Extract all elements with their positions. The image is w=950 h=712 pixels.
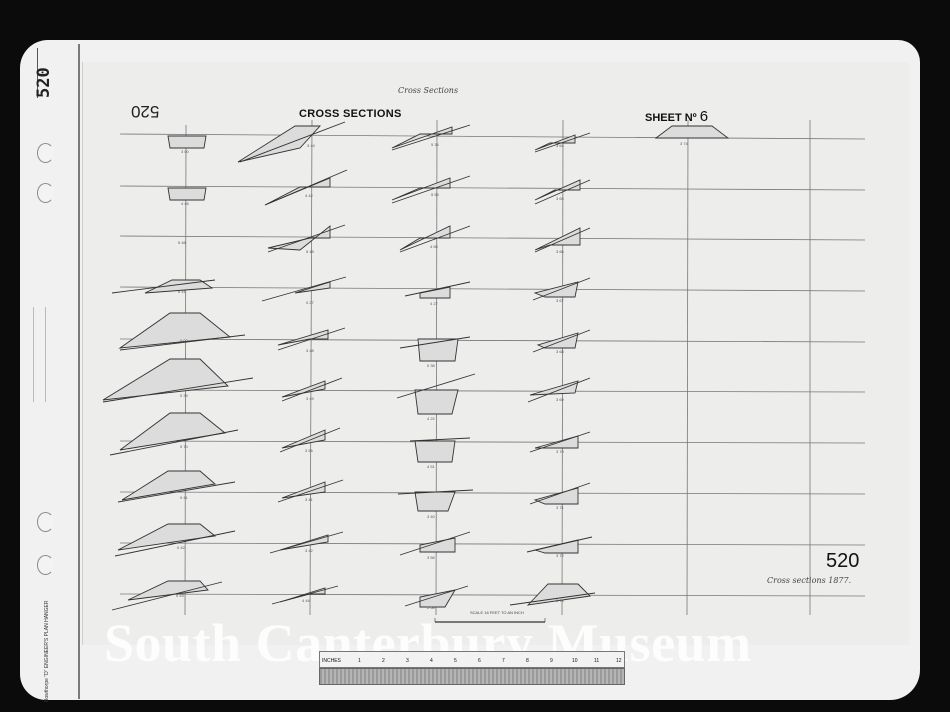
ruler-tick: 11 [594,658,599,664]
svg-text:5 55: 5 55 [431,192,440,197]
svg-text:3 56: 3 56 [427,555,436,560]
ruler-tick: 10 [572,658,578,664]
ruler-base [319,668,625,685]
svg-text:3 70: 3 70 [556,449,565,454]
svg-text:3 49: 3 49 [306,396,315,401]
ruler-tick: 7 [502,658,505,664]
svg-text:0 39: 0 39 [180,393,189,398]
ruler-tick: 8 [526,658,529,664]
svg-text:4 27: 4 27 [430,301,439,306]
svg-text:0 42: 0 42 [177,545,186,550]
mirrored-number: 520 [131,101,159,121]
svg-text:5 48: 5 48 [306,249,315,254]
ruler-tick: 5 [454,658,457,664]
svg-text:3 42: 3 42 [305,548,314,553]
svg-text:3 65: 3 65 [556,196,565,201]
ruler-tick: 1 [358,658,361,664]
svg-text:3 68: 3 68 [556,349,565,354]
svg-text:3 48: 3 48 [306,348,315,353]
svg-text:5 34: 5 34 [431,142,440,147]
measuring-ruler: INCHES 1 2 3 4 5 6 7 8 9 10 11 12 [319,651,625,683]
svg-text:3 73: 3 73 [556,598,565,603]
svg-text:0 27: 0 27 [306,300,315,305]
sheet-label: SHEET Nº [645,112,697,124]
ruler-tick: 12 [616,658,622,664]
svg-text:4 44: 4 44 [302,598,311,603]
sheet-number: SHEET Nº6 [645,108,708,125]
ruler-tick: 3 [406,658,409,664]
svg-text:6 41: 6 41 [178,289,187,294]
ruler-tick: 2 [382,658,385,664]
ruler-tick: 6 [478,658,481,664]
svg-text:0 43: 0 43 [176,593,185,598]
svg-text:3 40: 3 40 [427,514,436,519]
svg-text:3 67: 3 67 [556,298,565,303]
svg-text:0 70: 0 70 [180,444,189,449]
svg-text:0 41: 0 41 [180,495,189,500]
sheet-value: 6 [700,108,708,125]
svg-text:4 46: 4 46 [181,201,190,206]
svg-text:3 41: 3 41 [305,497,314,502]
svg-text:2 54: 2 54 [427,605,436,610]
svg-text:3 66: 3 66 [556,249,565,254]
handwritten-title: Cross Sections [398,86,458,95]
handwritten-note: Cross sections 1877. [767,576,851,585]
svg-text:0 00: 0 00 [180,338,189,343]
reference-number: 520 [826,550,859,573]
svg-text:4 42: 4 42 [305,193,314,198]
svg-text:3 44: 3 44 [307,143,316,148]
svg-text:3 69: 3 69 [556,397,565,402]
svg-text:3 72: 3 72 [556,553,565,558]
svg-text:3 64: 3 64 [556,143,565,148]
svg-text:4 55: 4 55 [430,244,439,249]
svg-text:4 51: 4 51 [427,464,436,469]
ruler-tick: 9 [550,658,553,664]
svg-text:3 71: 3 71 [556,505,565,510]
drawing-title: CROSS SECTIONS [299,108,402,120]
ruler-scale: INCHES 1 2 3 4 5 6 7 8 9 10 11 12 [319,651,625,668]
svg-text:3 74: 3 74 [680,141,689,146]
svg-text:5 46: 5 46 [178,240,187,245]
svg-text:3 00: 3 00 [181,149,190,154]
ruler-unit: INCHES [322,658,341,664]
svg-text:0 38: 0 38 [427,363,436,368]
svg-text:4 22: 4 22 [427,416,436,421]
svg-text:3 56: 3 56 [305,448,314,453]
ruler-tick: 4 [430,658,433,664]
